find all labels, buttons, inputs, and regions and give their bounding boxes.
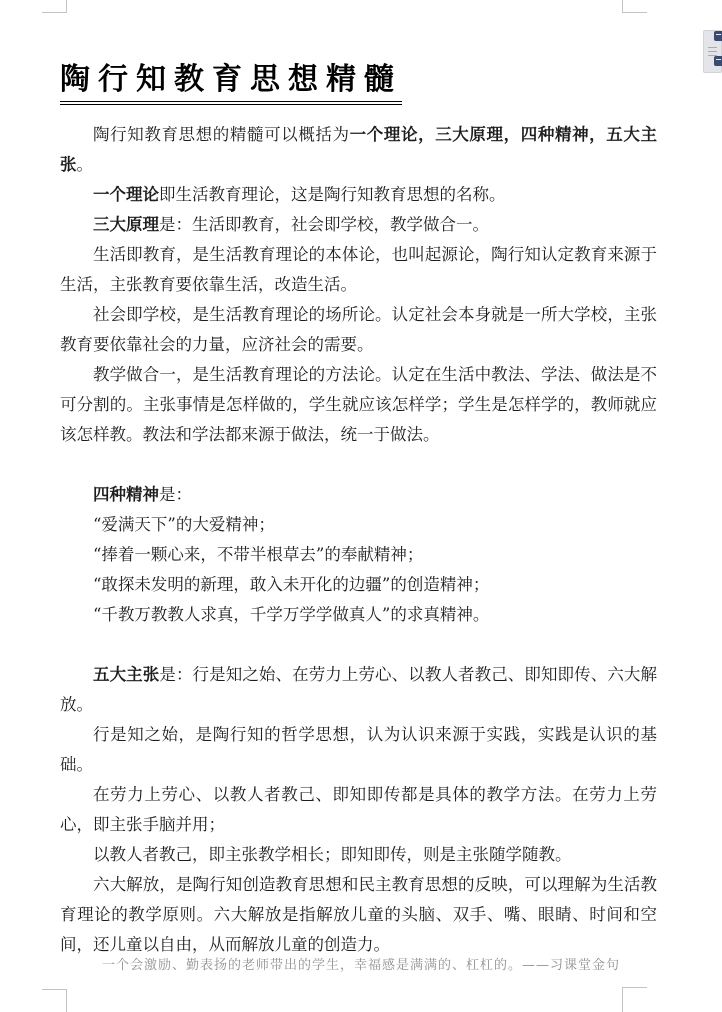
margin-mark-top-right (622, 0, 623, 12)
paragraph: “捧着一颗心来，不带半根草去”的奉献精神； (60, 540, 657, 570)
clipped-page-icon (716, 34, 721, 35)
text-run: 教学做合一，是生活教育理论的方法论。认定在生活中教法、学法、做法是不可分割的。主… (60, 365, 657, 444)
text-run: 在劳力上劳心、以教人者教己、即知即传都是具体的教学方法。在劳力上劳心，即主张手脑… (60, 785, 657, 834)
text-run: 行是知之始，是陶行知的哲学思想，认为认识来源于实践，实践是认识的基础。 (60, 725, 657, 774)
text-run: 即生活教育理论，这是陶行知教育思想的名称。 (159, 185, 506, 204)
bold-text-run: 四种精神 (93, 485, 159, 504)
document-page: 陶行知教育思想精髓 陶行知教育思想的精髓可以概括为一个理论，三大原理，四种精神，… (60, 54, 657, 960)
margin-mark-bottom-left (42, 989, 67, 990)
paragraph: 四种精神是： (60, 480, 657, 510)
paragraph: 五大主张是：行是知之始、在劳力上劳心、以教人者教己、即知即传、六大解放。 (60, 660, 657, 720)
bold-text-run: 三大原理 (93, 215, 159, 234)
paragraph: 陶行知教育思想的精髓可以概括为一个理论，三大原理，四种精神，五大主张。 (60, 120, 657, 180)
margin-mark-top-left (66, 0, 67, 12)
paragraph: 教学做合一，是生活教育理论的方法论。认定在生活中教法、学法、做法是不可分割的。主… (60, 360, 657, 450)
paragraph: 一个理论即生活教育理论，这是陶行知教育思想的名称。 (60, 180, 657, 210)
text-run: “爱满天下”的大爱精神； (93, 515, 275, 534)
text-run: 社会即学校，是生活教育理论的场所论。认定社会本身就是一所大学校，主张教育要依靠社… (60, 305, 657, 354)
text-run: 陶行知教育思想的精髓可以概括为 (93, 125, 350, 144)
bold-text-run: 五大主张 (93, 665, 159, 684)
text-run: 六大解放，是陶行知创造教育思想和民主教育思想的反映，可以理解为生活教育理论的教学… (60, 875, 657, 954)
text-run: 是： (159, 485, 192, 504)
bold-text-run: 一个理论 (93, 185, 159, 204)
document-body: 陶行知教育思想的精髓可以概括为一个理论，三大原理，四种精神，五大主张。一个理论即… (60, 120, 657, 960)
clipped-page-icon[interactable] (714, 56, 722, 66)
clipped-page-icon[interactable] (714, 31, 722, 41)
text-run: “千教万教教人求真，千学万学学做真人”的求真精神。 (93, 605, 489, 624)
paragraph: 行是知之始，是陶行知的哲学思想，认为认识来源于实践，实践是认识的基础。 (60, 720, 657, 780)
clipped-page-icon (716, 59, 721, 60)
paragraph: 社会即学校，是生活教育理论的场所论。认定社会本身就是一所大学校，主张教育要依靠社… (60, 300, 657, 360)
paragraph: “爱满天下”的大爱精神； (60, 510, 657, 540)
document-title-text: 陶行知教育思想精髓 (60, 62, 402, 105)
paragraph: 在劳力上劳心、以教人者教己、即知即传都是具体的教学方法。在劳力上劳心，即主张手脑… (60, 780, 657, 840)
paragraph: 三大原理是：生活即教育，社会即学校，教学做合一。 (60, 210, 657, 240)
paragraph-spacer (60, 630, 657, 660)
paragraph: 以教人者教己，即主张教学相长；即知即传，则是主张随学随教。 (60, 840, 657, 870)
text-run: “敢探未发明的新理，敢入未开化的边疆”的创造精神； (93, 575, 489, 594)
margin-mark-bottom-right (622, 987, 623, 1012)
margin-mark-bottom-left (66, 989, 67, 1012)
paragraph: 生活即教育，是生活教育理论的本体论，也叫起源论，陶行知认定教育来源于生活，主张教… (60, 240, 657, 300)
text-run: 以教人者教己，即主张教学相长；即知即传，则是主张随学随教。 (93, 845, 572, 864)
paragraph: “千教万教教人求真，千学万学学做真人”的求真精神。 (60, 600, 657, 630)
text-run: 生活即教育，是生活教育理论的本体论，也叫起源论，陶行知认定教育来源于生活，主张教… (60, 245, 657, 294)
margin-mark-top-left (42, 12, 67, 13)
footer-quote: 一个会激励、勤表扬的老师带出的学生，幸福感是满满的、杠杠的。——习课堂金句 (0, 954, 722, 973)
grip-icon (708, 47, 717, 48)
grip-icon (708, 51, 717, 52)
text-run: 。 (77, 155, 94, 174)
paragraph: “敢探未发明的新理，敢入未开化的边疆”的创造精神； (60, 570, 657, 600)
paragraph-spacer (60, 450, 657, 480)
document-title: 陶行知教育思想精髓 (60, 54, 657, 98)
margin-mark-bottom-right (622, 987, 647, 988)
margin-mark-top-right (622, 12, 647, 13)
text-run: “捧着一颗心来，不带半根草去”的奉献精神； (93, 545, 423, 564)
text-run: 是：生活即教育，社会即学校，教学做合一。 (159, 215, 489, 234)
paragraph: 六大解放，是陶行知创造教育思想和民主教育思想的反映，可以理解为生活教育理论的教学… (60, 870, 657, 960)
